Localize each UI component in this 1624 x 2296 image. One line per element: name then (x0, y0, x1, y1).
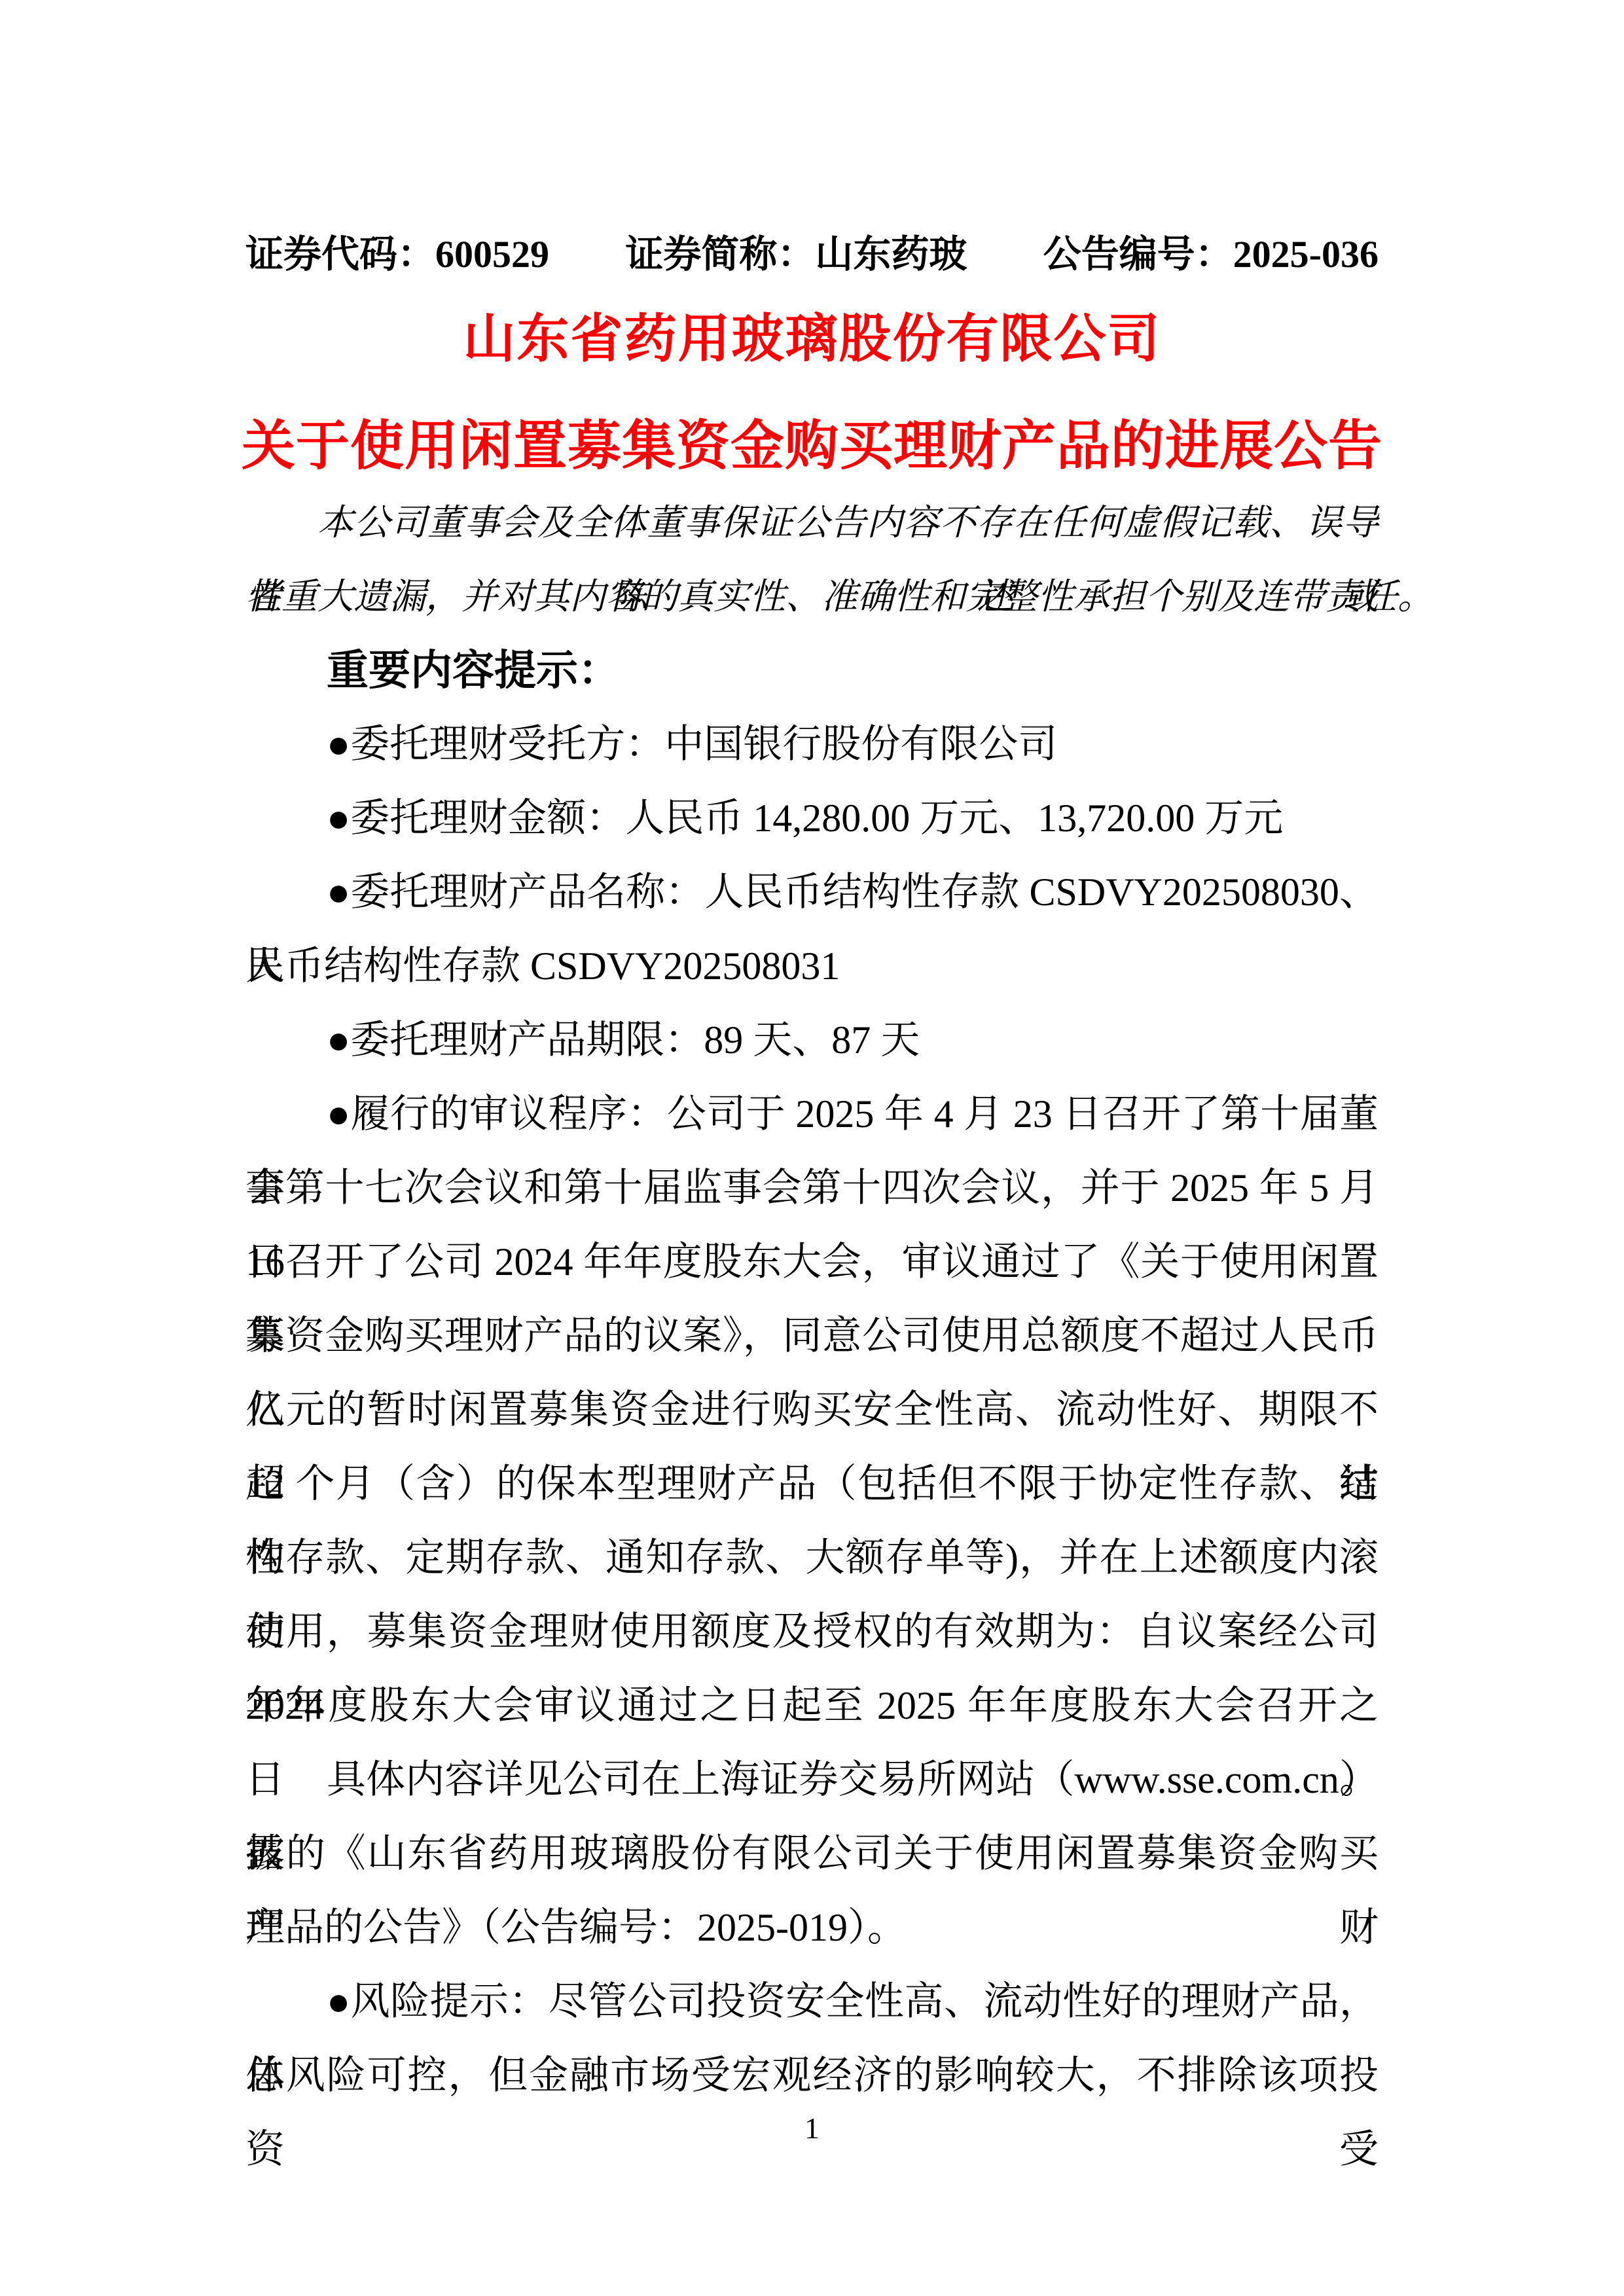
announcement-number: 公告编号：2025-036 (1043, 230, 1379, 279)
body-line: 年年度股东大会审议通过之日起至 2025 年年度股东大会召开之日。 (245, 1669, 1379, 1743)
bullet-trustee: ●委托理财受托方：中国银行股份有限公司 (245, 708, 1379, 781)
document-header: 证券代码：600529 证券简称：山东药玻 公告编号：2025-036 (245, 230, 1379, 279)
company-name-title: 山东省药用玻璃股份有限公司 (0, 302, 1624, 378)
body-line: 集资金购买理财产品的议案》，同意公司使用总额度不超过人民币八 (245, 1299, 1379, 1373)
disclaimer-line: 本公司董事会及全体董事保证公告内容不存在任何虚假记载、误导性陈述或 (245, 486, 1379, 560)
announcement-title: 关于使用闲置募集资金购买理财产品的进展公告 (0, 407, 1624, 486)
document-body: 本公司董事会及全体董事保证公告内容不存在任何虚假记载、误导性陈述或者重大遗漏，并… (245, 486, 1379, 2113)
page-number: 1 (0, 2109, 1624, 2148)
bullet-review-procedure: ●履行的审议程序：公司于 2025 年 4 月 23 日召开了第十届董事 (245, 1077, 1379, 1151)
bullet-product-term: ●委托理财产品期限：89 天、87 天 (245, 1003, 1379, 1077)
body-line: 体风险可控，但金融市场受宏观经济的影响较大，不排除该项投资受 (245, 2039, 1379, 2113)
bullet-amount: ●委托理财金额：人民币 14,280.00 万元、13,720.00 万元 (245, 781, 1379, 855)
body-line: 露的《山东省药用玻璃股份有限公司关于使用闲置募集资金购买理财 (245, 1817, 1379, 1891)
disclaimer-line: 者重大遗漏，并对其内容的真实性、准确性和完整性承担个别及连带责任。 (245, 560, 1379, 634)
stock-abbreviation: 证券简称：山东药玻 (625, 230, 967, 279)
body-line: 会第十七次会议和第十届监事会第十四次会议，并于 2025 年 5 月 16 (245, 1151, 1379, 1225)
bullet-risk-notice: ●风险提示：尽管公司投资安全性高、流动性好的理财产品，总 (245, 1965, 1379, 2039)
body-line: 12 个月（含）的保本型理财产品（包括但不限于协定性存款、结构 (245, 1447, 1379, 1521)
body-line: 亿元的暂时闲置募集资金进行购买安全性高、流动性好、期限不超过 (245, 1373, 1379, 1447)
body-line: 性存款、定期存款、通知存款、大额存单等)，并在上述额度内滚动 (245, 1521, 1379, 1595)
bullet-product-name: ●委托理财产品名称：人民币结构性存款 CSDVY202508030、人 (245, 855, 1379, 929)
body-line: 日召开了公司 2024 年年度股东大会，审议通过了《关于使用闲置募 (245, 1225, 1379, 1299)
important-notice-heading: 重要内容提示： (245, 634, 1379, 708)
bullet-product-name-cont: 民币结构性存款 CSDVY202508031 (245, 929, 1379, 1003)
securities-code: 证券代码：600529 (245, 230, 549, 279)
announcement-page: 证券代码：600529 证券简称：山东药玻 公告编号：2025-036 山东省药… (0, 0, 1624, 2296)
body-line: 具体内容详见公司在上海证券交易所网站（www.sse.com.cn）披 (245, 1743, 1379, 1817)
body-line: 使用，募集资金理财使用额度及授权的有效期为：自议案经公司 2024 (245, 1595, 1379, 1669)
